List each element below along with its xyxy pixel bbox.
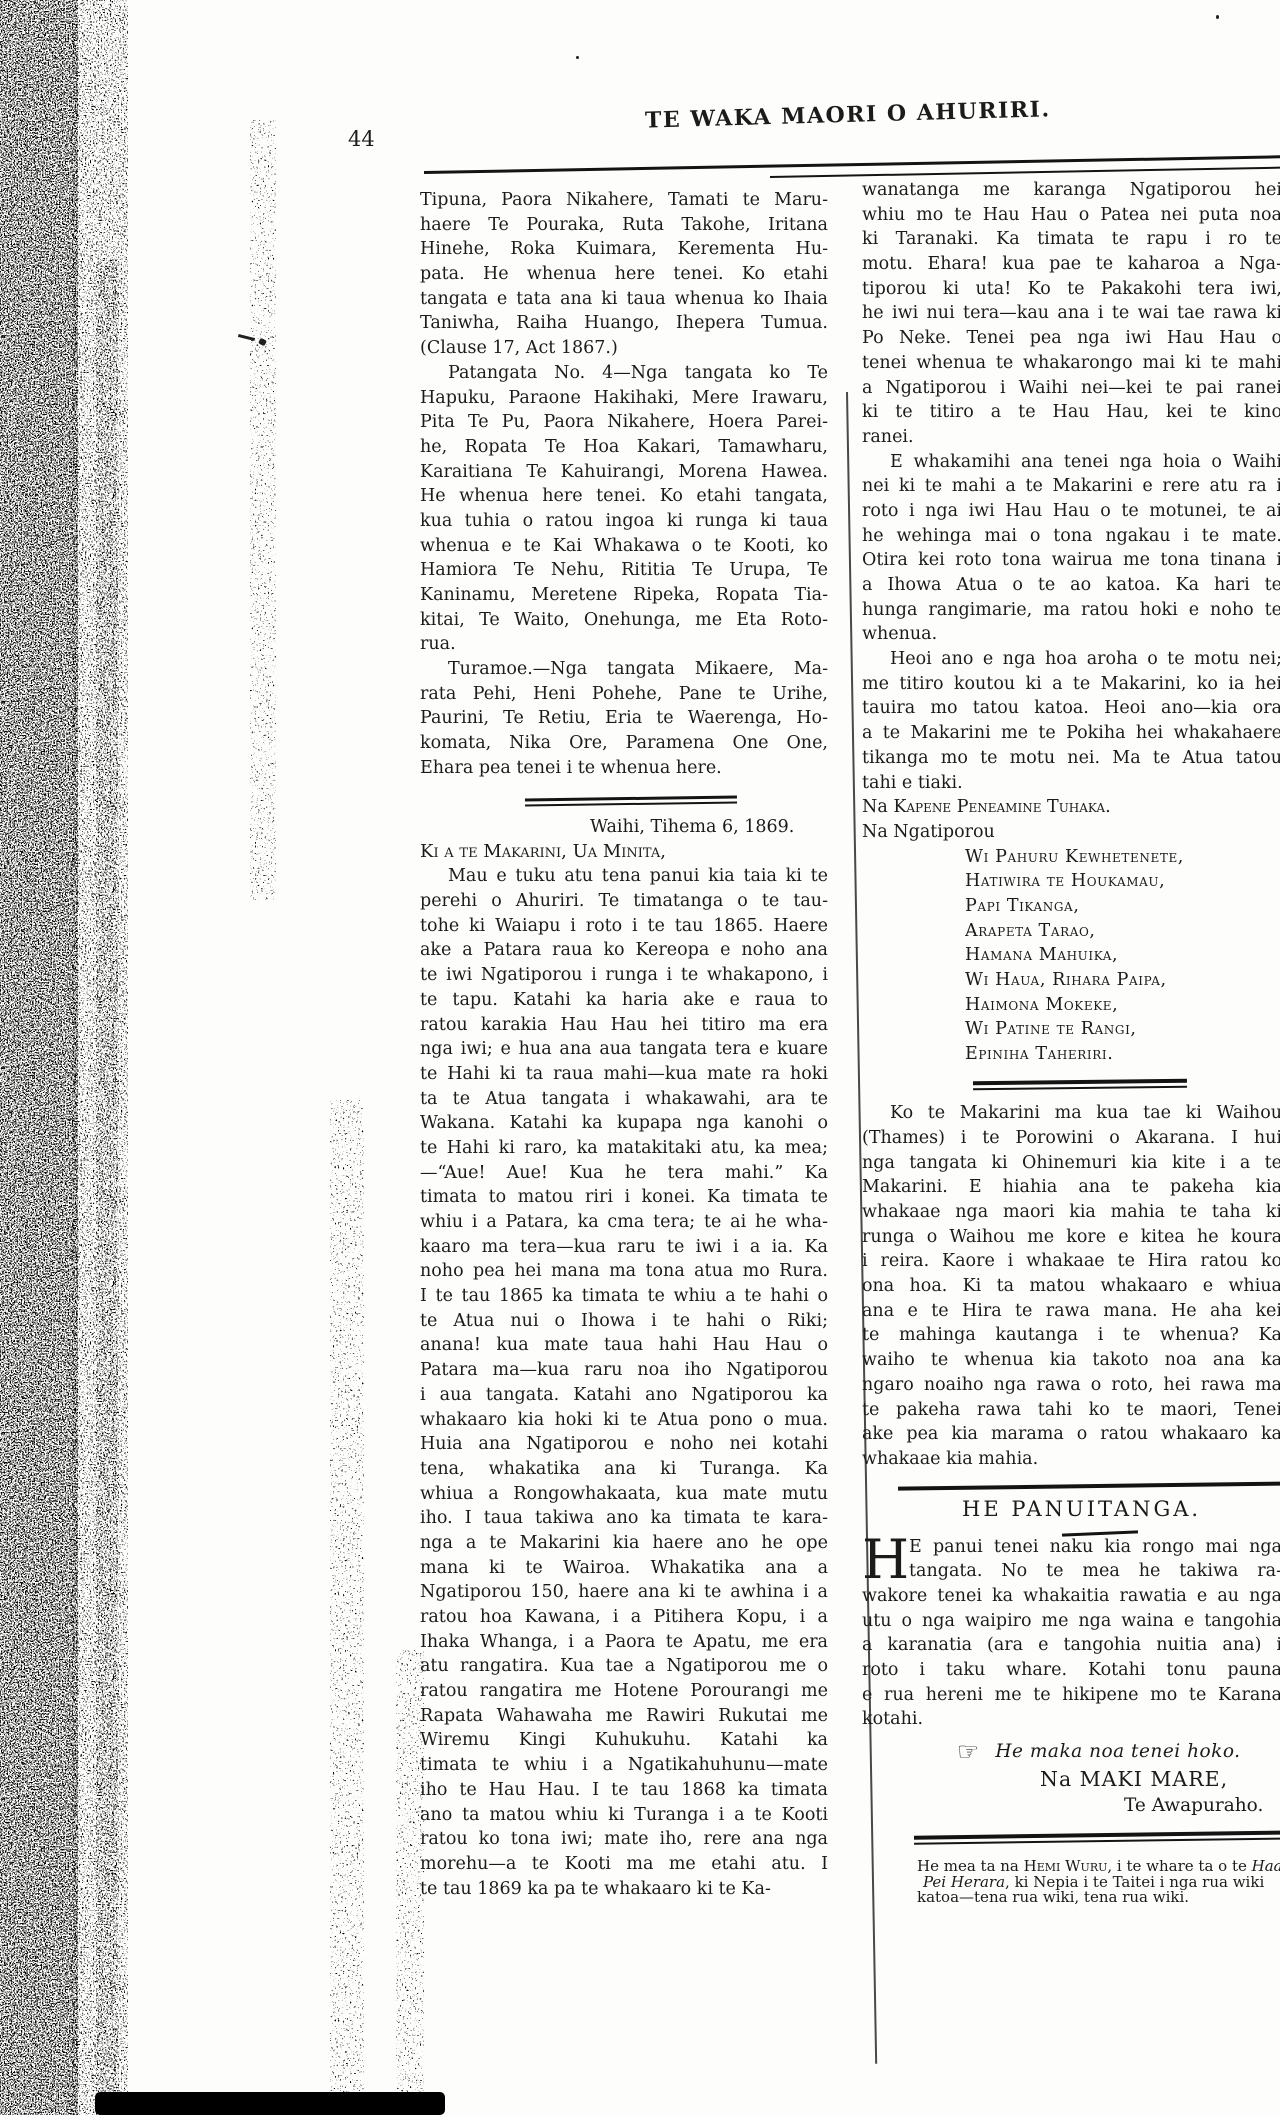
text-line: mana ki te Wairoa. Whakatika ana a [420,1556,828,1581]
text-line: te mahinga kautanga i te whenua? Ka [862,1323,1280,1348]
text-line: Turamoe.—Nga tangata Mikaere, Ma- [420,657,828,682]
text-line: Mau e tuku atu tena panui kia taia ki te [420,864,828,889]
rule-double-mid [973,1078,1187,1089]
text-line: tiporou ki uta! Ko te Pakakohi tera iwi, [862,277,1280,302]
text-line: me titiro koutou ki a te Makarini, ko ia… [862,672,1280,697]
signatories: Wi Pahuru Kewhetenete,Hatiwira te Houkam… [965,845,1280,1067]
text-line: —“Aue! Aue! Kua he tera mahi.” Ka [420,1161,828,1186]
rule-line [973,1078,1187,1084]
imprint-line: katoa—tena rua wiki, tena rua wiki. [917,1890,1280,1906]
paragraph-turamoe: Turamoe.—Nga tangata Mikaere, Ma-rata Pe… [420,657,828,780]
text-line: Makarini. E hiahia ana te pakeha kia [862,1175,1280,1200]
text-line: i reira. Kaore i whakaae te Hira ratou k… [862,1249,1280,1274]
text-line: tohe ki Waiapu i roto i te tau 1865. Hae… [420,914,828,939]
text-line: Wiremu Kingi Kuhukuhu. Katahi ka [420,1728,828,1753]
text-line: a karanatia (ara e tangohia nuitia ana) … [862,1633,1280,1658]
text-line: e rua hereni me te hikipene mo te Karana [862,1683,1280,1708]
text-line: Ihaka Whanga, i a Paora te Apatu, me era [420,1630,828,1655]
text-line: ki te titiro a te Hau Hau, kei te kino [862,400,1280,425]
text-line: ake a Patara raua ko Kereopa e noho ana [420,938,828,963]
right-column: wanatanga me karanga Ngatiporou heiwhiu … [862,178,1280,1906]
text-line: te iwi Ngatiporou i runga i te whakapono… [420,963,828,988]
text-line: komata, Nika Ore, Paramena One One, [420,731,828,756]
dateline: Waihi, Tihema 6, 1869. [590,815,828,840]
paragraph-patangata: Patangata No. 4—Nga tangata ko TeHapuku,… [420,361,828,657]
text-line: Kaninamu, Meretene Ripeka, Ropata Tia- [420,583,828,608]
text-line: Otira kei roto tona wairua me tona tinan… [862,548,1280,573]
section-heading: HE PANUITANGA. [962,1494,1280,1524]
text-line: ratou hoa Kawana, i a Pitihera Kopu, i a [420,1605,828,1630]
masthead-rule-secondary [770,167,1280,178]
masthead-title: TE WAKA MAORI O AHURIRI. [645,96,1046,133]
text-line: nga tangata ki Ohinemuri kia kite i a te [862,1151,1280,1176]
text-line: ana e te Hira te rawa mana. He aha kei [862,1299,1280,1324]
signatory-name: Epiniha Taheriri. [965,1042,1280,1067]
text-line: roto i nga iwi Hau Hau o te motunei, te … [862,499,1280,524]
text-line: te Hahi ki raro, ka matakitaki atu, ka m… [420,1136,828,1161]
rule-line [525,795,737,801]
text-line: tangata e tata ana ki taua whenua ko Iha… [420,287,828,312]
text-line: Ko te Makarini ma kua tae ki Waihou [862,1101,1280,1126]
text-line: Hamiora Te Nehu, Rititia Te Urupa, Te [420,558,828,583]
text-segment: Na [862,797,893,817]
text-line: noho pea hei mana ma tona atua mo Rura. [420,1259,828,1284]
text-line: waiho te whenua kia takoto noa ana ka [862,1348,1280,1373]
text-line: tahi e tiaki. [862,771,1280,796]
masthead-rule [424,155,1280,173]
signatory-name: Wi Haua, Rihara Paipa, [965,968,1280,993]
text-line: te Hahi ki ta raua mahi—kua mate ra hoki [420,1062,828,1087]
text-line: he, Ropata Te Hoa Kakari, Tamawharu, [420,435,828,460]
text-line: timata to matou riri i konei. Ka timata … [420,1185,828,1210]
text-line: ranei. [862,425,1280,450]
text-line: I te tau 1865 ka timata te whiu a te hah… [420,1284,828,1309]
drop-cap: H [862,1537,909,1583]
text-line: he wehinga mai o tona ngakau i te mate. [862,524,1280,549]
letter-continuation: wanatanga me karanga Ngatiporou heiwhiu … [862,178,1280,450]
newspaper-page: 44 TE WAKA MAORI O AHURIRI. Tipuna, Paor… [0,0,1280,2115]
scan-artifact-bar [95,2092,445,2115]
signatory-name: Papi Tikanga, [965,894,1280,919]
text-line: tikanga mo te motu nei. Ma te Atua tatou [862,746,1280,771]
printer-imprint: He mea ta na Hemi Wuru, i te whare ta o … [917,1859,1280,1906]
text-line: (Thames) i te Porowini o Akarana. I hui [862,1126,1280,1151]
text-line: whakaae kia mahia. [862,1447,1280,1472]
text-line: Karaitiana Te Kahuirangi, Morena Hawea. [420,460,828,485]
text-line: ratou rangatira me Hotene Porourangi me [420,1679,828,1704]
text-line: ta te Atua tangata i whakawahi, ara te [420,1087,828,1112]
text-line: Ehara pea tenei i te whenua here. [420,756,828,781]
text-line: tenei whenua te whakarongo mai ki te mah… [862,351,1280,376]
text-line: te tapu. Katahi ka haria ake e raua to [420,988,828,1013]
signatory-name: Wi Pahuru Kewhetenete, [965,845,1280,870]
text-line: ngaro noaiho nga rawa o roto, hei rawa m… [862,1373,1280,1398]
letter-body: Mau e tuku atu tena panui kia taia ki te… [420,864,828,1901]
text-line: hunga rangimarie, ma ratou hoki e noho t… [862,598,1280,623]
text-line: tangata. No te mea he takiwa ra- [909,1559,1280,1584]
text-line: iho te Hau Hau. I te tau 1868 ka timata [420,1778,828,1803]
text-line: tena, whakatika ana ki Turanga. Ka [420,1457,828,1482]
text-line: ona hoa. Ki ta matou whakaaro e whiua [862,1274,1280,1299]
text-line: kaaro ma tera—kua raru te iwi i a ia. Ka [420,1235,828,1260]
text-line: Po Neke. Tenei pea nga iwi Hau Hau o [862,326,1280,351]
text-line: perehi o Ahuriri. Te timatanga o te tau- [420,889,828,914]
text-line: nei ki te mahi a te Makarini e rere atu … [862,474,1280,499]
text-line: te tau 1869 ka pa te whakaaro ki te Ka- [420,1877,828,1902]
text-line: E panui tenei naku kia rongo mai nga [909,1535,1280,1560]
pen-mark-dash [238,334,255,341]
text-line: Heoi ano e nga hoa aroha o te motu nei; [862,647,1280,672]
text-line: a Ngatiporou i Waihi nei—kei te pai rane… [862,376,1280,401]
signatory-name: Arapeta Tarao, [965,919,1280,944]
sig-place: Te Awapuraho. [1124,1793,1280,1818]
sig-center: Na Kapene Peneamine Tuhaka. [862,795,1280,820]
text-line: whenua. [862,622,1280,647]
text-line: nga a te Makarini kia haere ano he ope [420,1531,828,1556]
manicule-text: He maka noa tenei hoko. [995,1741,1240,1762]
sig-name: Na MAKI MARE, [1040,1766,1280,1793]
text-line: Patara ma—kua raru noa iho Ngatiporou [420,1358,828,1383]
text-line: a te Makarini me te Pokiha hei whakahaer… [862,721,1280,746]
salutation: Ki a te Makarini, Ua Minita, [420,840,828,865]
text-line: motu. Ehara! kua pae te kaharoa a Nga- [862,252,1280,277]
text-line: wanatanga me karanga Ngatiporou hei [862,178,1280,203]
text-line: rata Pehi, Heni Pohehe, Pane te Urihe, [420,682,828,707]
text-line: kua tuhia o ratou ingoa ki runga ki taua [420,509,828,534]
advertisement-note: ☞He maka noa tenei hoko. [957,1738,1280,1766]
manicule-icon: ☞ [957,1737,979,1766]
text-line: morehu—a te Kooti ma me etahi atu. I [420,1852,828,1877]
text-line: ratou karakia Hau Hau hei titiro ma era [420,1013,828,1038]
text-line: te pakeha rawa tahi ko te maori, Tenei [862,1398,1280,1423]
text-line: He whenua here tenei. Ko etahi tangata, [420,484,828,509]
signatory-name: Hamana Mahuika, [965,943,1280,968]
text-line: i aua tangata. Katahi ano Ngatiporou ka [420,1383,828,1408]
sig-center: Na Ngatiporou [862,820,1280,845]
text-line: runga o Waihou me kore e kitea he koura [862,1225,1280,1250]
text-line: kotahi. [862,1707,1280,1732]
text-line: wakore tenei ka whakaitia rawatia e au n… [862,1584,1280,1609]
text-line: whiua a Rongowhakaata, kua mate mutu [420,1482,828,1507]
rule-heavy [898,1481,1280,1490]
text-line: te Atua nui o Ihowa i te hahi o Riki; [420,1309,828,1334]
text-line: (Clause 17, Act 1867.) [420,336,828,361]
text-line: pata. He whenua here tenei. Ko etahi [420,262,828,287]
text-line: utu o nga waipiro me nga waina e tangohi… [862,1609,1280,1634]
text-line: he iwi nui tera—kau ana i te wai tae raw… [862,301,1280,326]
rule-double-short [525,795,737,805]
text-line: Tipuna, Paora Nikahere, Tamati te Maru- [420,188,828,213]
text-line: E whakamihi ana tenei nga hoia o Waihi [862,450,1280,475]
left-column: Tipuna, Paora Nikahere, Tamati te Maru-h… [420,188,828,1901]
text-line: kitai, Te Waito, Onehunga, me Eta Roto- [420,608,828,633]
text-line: nga iwi; e hua ana aua tangata tera e ku… [420,1037,828,1062]
text-line: Hapuku, Paraone Hakihaki, Mere Irawaru, [420,386,828,411]
ink-speck [576,56,579,59]
text-segment: Ki a te Makarini, Ua Minita, [420,841,666,862]
rule-double-bottom [914,1830,1280,1844]
text-segment: katoa—tena rua wiki, tena rua wiki. [917,1888,1189,1906]
paragraph-continuation: Tipuna, Paora Nikahere, Tamati te Maru-h… [420,188,828,361]
text-line: ano ta matou whiu ki Turanga i a te Koot… [420,1803,828,1828]
rule-line [973,1085,1187,1090]
text-line: whakaaro kia hoki ki te Atua pono o mua. [420,1408,828,1433]
paragraph-heoi: Heoi ano e nga hoa aroha o te motu nei;m… [862,647,1280,795]
text-line: atu rangatira. Kua tae a Ngatiporou me o [420,1654,828,1679]
text-line: tauira mo tatou katoa. Heoi ano—kia ora [862,696,1280,721]
text-segment: Kapene Peneamine Tuhaka. [893,797,1110,817]
signatory-name: Wi Patine te Rangi, [965,1017,1280,1042]
signatory-name: Hatiwira te Houkamau, [965,869,1280,894]
text-line: iho. I taua takiwa ano ka timata te kara… [420,1506,828,1531]
text-line: ratou ko tona iwi; mate iho, rere ana ng… [420,1827,828,1852]
text-line: Pita Te Pu, Paora Nikahere, Hoera Parei- [420,410,828,435]
text-line: Huia ana Ngatiporou e noho nei kotahi [420,1432,828,1457]
text-line: roto i taku whare. Kotahi tonu pauna [862,1658,1280,1683]
signatory-name: Haimona Mokeke, [965,993,1280,1018]
text-line: Rapata Wahawaha me Rawiri Rukutai me [420,1704,828,1729]
text-line: Taniwha, Raiha Huango, Ihepera Tumua. [420,311,828,336]
text-line: whakaae nga maori kia mahia te taha ki [862,1200,1280,1225]
text-line: Ngatiporou 150, haere ana ki te awhina i… [420,1580,828,1605]
text-line: haere Te Pouraka, Ruta Takohe, Iritana [420,213,828,238]
pen-mark-blob [258,338,267,347]
text-line: a Ihowa Atua o te ao katoa. Ka hari te [862,573,1280,598]
paragraph-whakamihi: E whakamihi ana tenei nga hoia o Waihine… [862,450,1280,648]
text-line: whiu i a Patara, ka cma tera; te ai he w… [420,1210,828,1235]
text-line: whenua e te Kai Whakawa o te Kooti, ko [420,534,828,559]
text-line: Hinehe, Roka Kuimara, Kerementa Hu- [420,237,828,262]
text-line: ki Taranaki. Ka timata te rapu i ro te [862,227,1280,252]
text-line: rua. [420,632,828,657]
text-line: ake pea kia marama o ratou whakaaro ka [862,1422,1280,1447]
text-line: whiu mo te Hau Hau o Patea nei puta noa [862,203,1280,228]
advertisement: HE panui tenei naku kia rongo mai ngatan… [862,1535,1280,1733]
paragraph-makarini-waihou: Ko te Makarini ma kua tae ki Waihou(Tham… [862,1101,1280,1471]
text-line: Paurini, Te Retiu, Eria te Waerenga, Ho- [420,706,828,731]
text-line: Wakana. Katahi ka kupapa nga kanohi o [420,1111,828,1136]
text-line: Patangata No. 4—Nga tangata ko Te [420,361,828,386]
ink-speck [1216,15,1219,19]
text-line: anana! kua mate taua hahi Hau Hau o [420,1333,828,1358]
rule-line [525,801,737,805]
text-line: timata te whiu i a Ngatikahuhunu—mate [420,1753,828,1778]
page-number: 44 [348,127,375,151]
